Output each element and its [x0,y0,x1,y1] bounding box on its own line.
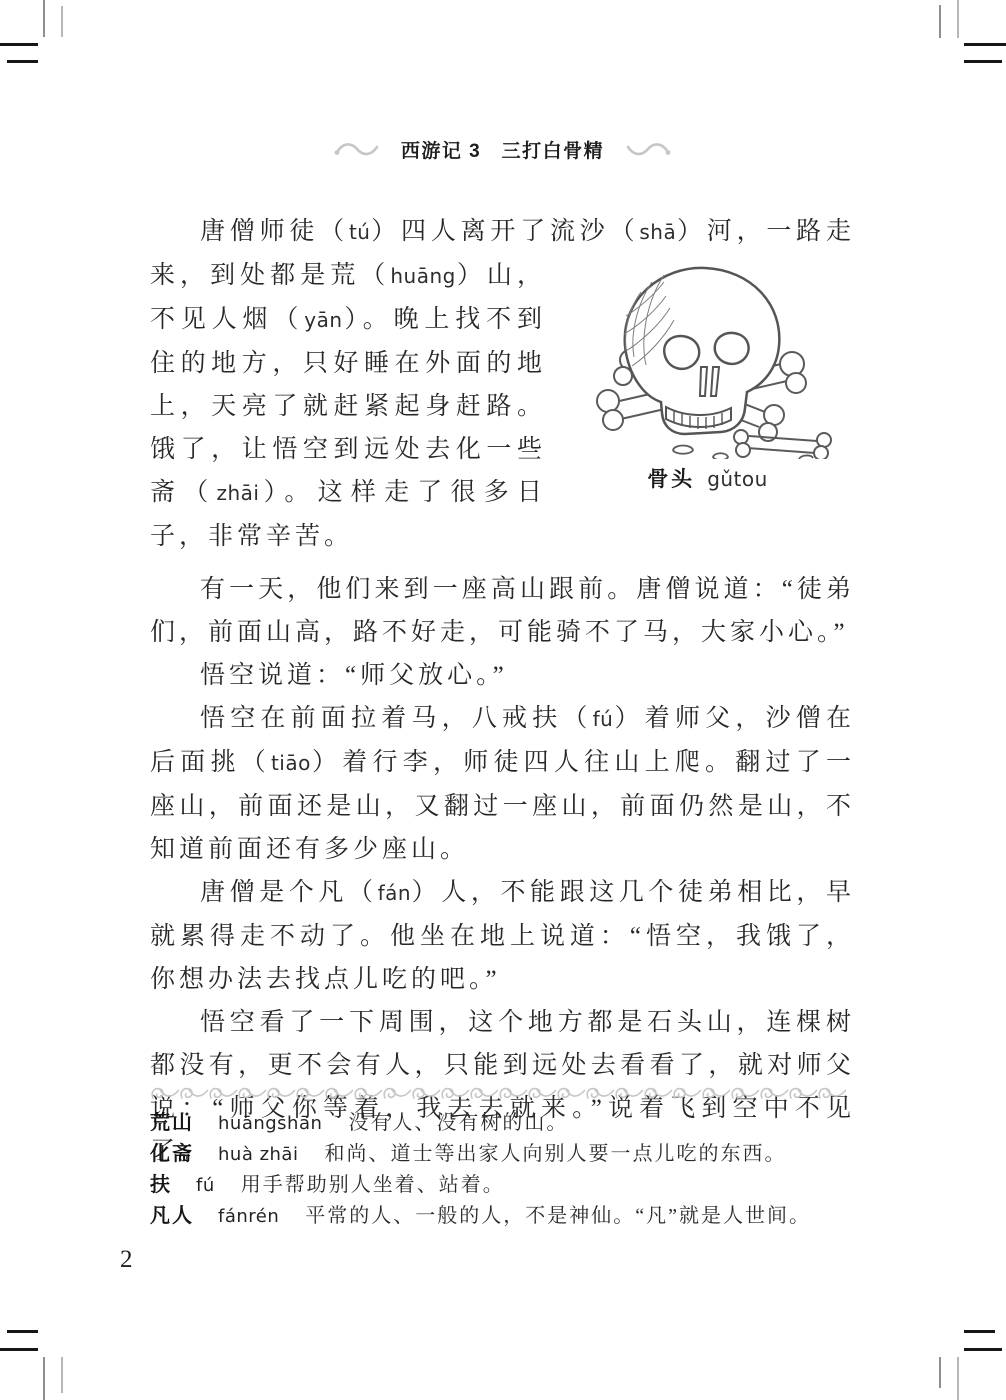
crop-mark [0,43,38,46]
glossary: 荒山 huāngshān 没有人、没有树的山。 化斋 huà zhāi 和尚、道… [150,1108,880,1232]
swirl-ornament-icon [333,140,379,160]
crop-mark [61,1357,63,1393]
glossary-row: 荒山 huāngshān 没有人、没有树的山。 [150,1108,880,1139]
glossary-pinyin: huāngshān [218,1109,322,1139]
paragraph-1: 唐僧师徒（tú）四人离开了流沙（shā）河，一路走 [150,210,855,558]
crop-mark [964,43,1006,46]
glossary-term: 凡人 [150,1201,194,1231]
glossary-row: 凡人 fánrén 平常的人、一般的人，不是神仙。“凡”就是人世间。 [150,1201,880,1232]
glossary-definition: 和尚、道士等出家人向别人要一点儿吃的东西。 [324,1139,786,1169]
story-text: 唐僧师徒（tú）四人离开了流沙（shā）河，一路走 [150,210,855,1173]
figure-caption: 骨头 gǔtou [560,465,855,494]
paragraph-1-lead: 唐僧师徒（tú）四人离开了流沙（shā）河，一路走 [200,218,855,245]
glossary-term: 扶 [150,1170,172,1200]
glossary-definition: 没有人、没有树的山。 [348,1108,568,1138]
page-title: 西游记 3 三打白骨精 [401,136,604,163]
crop-mark [7,1330,38,1333]
glossary-pinyin: huà zhāi [218,1140,298,1170]
running-head: 西游记 3 三打白骨精 [150,136,855,163]
page-number: 2 [120,1246,133,1274]
glossary-row: 化斋 huà zhāi 和尚、道士等出家人向别人要一点儿吃的东西。 [150,1139,880,1170]
figure-skull: 骨头 gǔtou [560,254,855,494]
crop-mark [957,0,959,38]
crop-mark [957,1357,959,1400]
crop-mark [7,60,38,63]
crop-mark [43,1357,45,1400]
crop-mark [964,60,1002,63]
glossary-pinyin: fú [196,1171,215,1201]
paragraph-5: 唐僧是个凡（fán）人，不能跟这几个徒弟相比，早就累得走不动了。他坐在地上说道：… [150,871,855,1001]
swirl-ornament-icon [626,140,672,160]
paragraph-2: 有一天，他们来到一座高山跟前。唐僧说道：“徒弟们，前面山高，路不好走，可能骑不了… [150,568,855,654]
crop-mark [0,1348,38,1351]
glossary-definition: 平常的人、一般的人，不是神仙。“凡”就是人世间。 [305,1201,811,1231]
book-page: 西游记 3 三打白骨精 唐僧师徒（tú）四人离开了流沙（shā）河，一路走 [0,0,1006,1400]
crop-mark [61,6,63,37]
crop-mark [939,5,941,38]
paragraph-4: 悟空在前面拉着马，八戒扶（fú）着师父，沙僧在后面挑（tiāo）着行李，师徒四人… [150,697,855,871]
figure-caption-term: 骨头 [647,466,695,494]
crop-mark [964,1348,1002,1351]
scroll-divider-ornament [150,1086,855,1102]
glossary-term: 化斋 [150,1139,194,1169]
skull-bones-illustration [563,254,853,459]
crop-mark [939,1357,941,1388]
crop-mark [43,0,45,37]
figure-caption-pinyin: gǔtou [707,465,768,493]
glossary-row: 扶 fú 用手帮助别人坐着、站着。 [150,1170,880,1201]
glossary-definition: 用手帮助别人坐着、站着。 [241,1170,505,1200]
glossary-pinyin: fánrén [218,1202,279,1232]
glossary-term: 荒山 [150,1108,194,1138]
crop-mark [964,1330,995,1333]
paragraph-3: 悟空说道：“师父放心。” [150,654,855,697]
paragraph-1-rest: 来，到处都是荒（huāng）山，不见人烟（yān）。晚上找不到住的地方，只好睡在… [150,262,546,550]
